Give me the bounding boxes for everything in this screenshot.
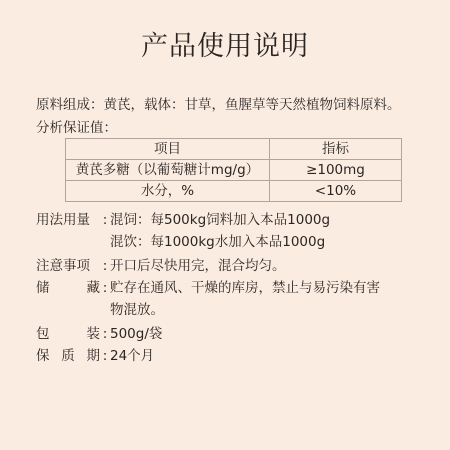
table-header-index: 指标 xyxy=(269,139,401,160)
table-cell-value: <10% xyxy=(269,181,401,202)
spec-table: 项目 指标 黄芪多糖（以葡萄糖计mg/g） ≥100mg 水分，% <10% xyxy=(65,138,402,202)
page-title: 产品使用说明 xyxy=(0,29,450,65)
table-row: 水分，% <10% xyxy=(66,181,402,202)
table-header-row: 项目 指标 xyxy=(66,139,402,160)
usage-row: 用法用量:混饲：每500kg饲料加入本品1000g xyxy=(36,210,330,230)
usage-line2: 混饮：每1000kg水加入本品1000g xyxy=(110,232,325,252)
notes-label: 注意事项 xyxy=(36,256,100,276)
packaging-value: 500g/袋 xyxy=(110,326,162,342)
usage-label: 用法用量 xyxy=(36,210,100,230)
shelf-life-row: 保质期:24个月 xyxy=(36,346,154,366)
notes-colon: : xyxy=(100,256,110,276)
table-cell-item: 水分，% xyxy=(66,181,270,202)
shelf-life-value: 24个月 xyxy=(110,348,154,364)
shelf-life-colon: : xyxy=(100,346,110,366)
usage-line1: 混饲：每500kg饲料加入本品1000g xyxy=(110,212,330,228)
storage-line2: 物混放。 xyxy=(110,300,164,320)
packaging-colon: : xyxy=(100,324,110,344)
composition-text: 原料组成：黄芪，载体：甘草，鱼腥草等天然植物饲料原料。 xyxy=(36,95,401,115)
table-header-item: 项目 xyxy=(66,139,270,160)
storage-line1: 贮存在通风、干燥的库房，禁止与易污染有害 xyxy=(110,280,380,296)
notes-row: 注意事项:开口后尽快用完，混合均匀。 xyxy=(36,256,286,276)
table-row: 黄芪多糖（以葡萄糖计mg/g） ≥100mg xyxy=(66,160,402,181)
shelf-life-label: 保质期 xyxy=(36,346,100,366)
storage-label: 储藏 xyxy=(36,278,100,298)
usage-colon: : xyxy=(100,210,110,230)
packaging-label: 包装 xyxy=(36,324,100,344)
notes-value: 开口后尽快用完，混合均匀。 xyxy=(110,258,286,274)
table-cell-value: ≥100mg xyxy=(269,160,401,181)
storage-colon: : xyxy=(100,278,110,298)
analysis-label: 分析保证值： xyxy=(36,118,117,138)
packaging-row: 包装:500g/袋 xyxy=(36,324,162,344)
storage-row: 储藏:贮存在通风、干燥的库房，禁止与易污染有害 xyxy=(36,278,380,298)
table-cell-item: 黄芪多糖（以葡萄糖计mg/g） xyxy=(66,160,270,181)
